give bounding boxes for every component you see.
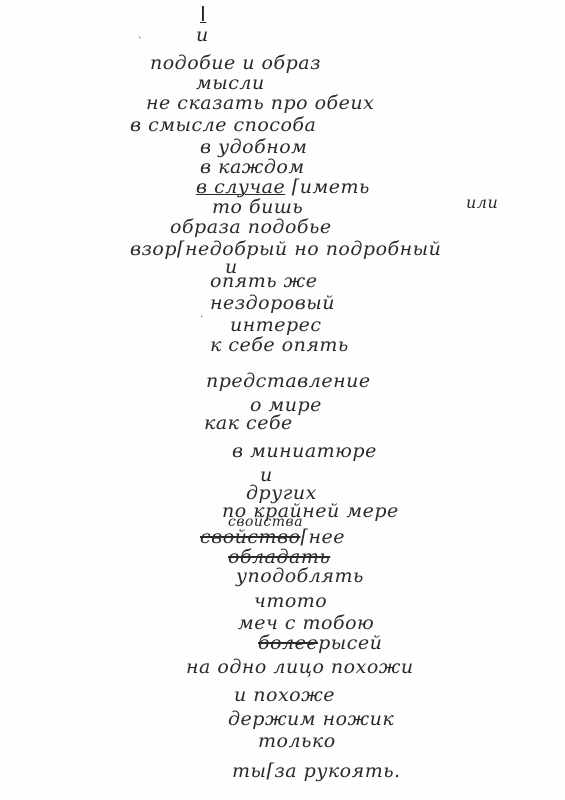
poem-line-revised: болеерысей [258,632,382,654]
poem-line: в каждом [200,156,305,178]
struck-text: более [258,632,318,654]
poem-line: чтото [254,590,327,612]
poem-line: меч с тобою [238,612,374,634]
insert-mark: ⌈ [177,238,185,260]
line-text: ты [232,760,267,782]
stray-mark: ` [137,37,142,48]
poem-line: и [196,24,209,46]
poem-line: к себе опять [210,334,349,356]
poem-line: в миниатюре [232,440,377,462]
line-text: взор [130,238,177,260]
poem-line: держим ножик [228,708,394,730]
poem-line-revised: свойства свойство⌈нее [200,526,345,548]
line-insert: нее [308,526,345,548]
poem-line: ты⌈за рукоять. [232,760,401,782]
insert-mark: ⌈ [292,176,300,198]
line-text: рысей [318,632,382,654]
poem-line: представление [206,370,371,392]
poem-line: в случае ⌈иметь [196,176,370,198]
poem-line: интерес [230,314,322,336]
poem-line: подобие и образ [150,52,321,74]
poem-line: опять же [210,270,318,292]
poem-line: то бишь [212,196,303,218]
section-number: I [200,3,206,25]
poem-line: на одно лицо похожи [186,656,414,678]
poem-line: как себе [204,412,293,434]
poem-line: в смысле способа [130,114,316,136]
poem-line: мысли [196,72,265,94]
manuscript-page: ` · I и подобие и образ мысли не сказать… [0,0,565,800]
poem-line: только [258,730,336,752]
poem-line: и похоже [234,684,335,706]
poem-line: нездоровый [210,292,335,314]
line-above-insert: свойства [228,515,303,529]
stray-mark: · [200,312,203,323]
poem-line: не сказать про обеих [146,92,374,114]
poem-line: взор⌈недобрый но подробный [130,238,441,260]
line-insert: недобрый но подробный [185,238,441,260]
line-insert: иметь [300,176,370,198]
poem-line: в удобном [200,136,307,158]
line-insert: за рукоять. [274,760,400,782]
line-text: в случае [196,176,285,198]
poem-line: образа подобье [170,216,332,238]
poem-line: уподоблять [236,565,364,587]
margin-note: или [466,192,498,214]
